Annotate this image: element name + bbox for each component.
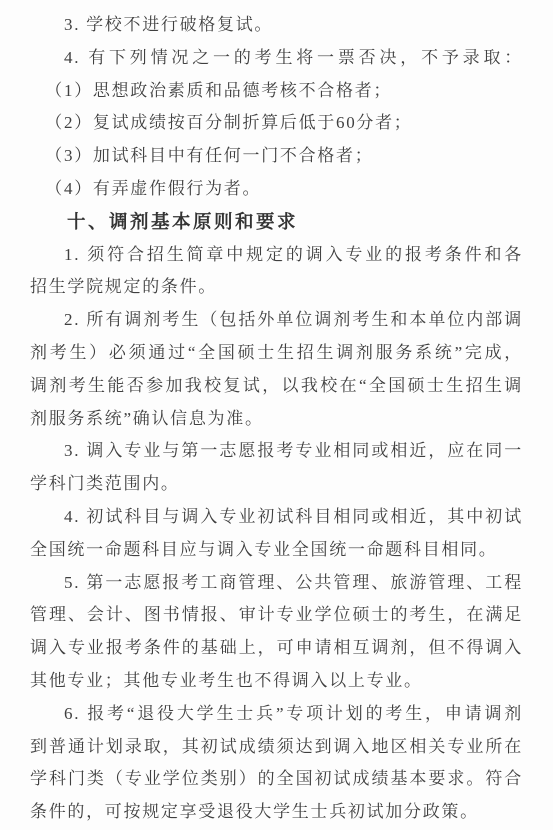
text-line: 3. 调入专业与第一志愿报考专业相同或相近，应在同一 [30, 435, 523, 468]
text-line: （2）复试成绩按百分制折算后低于60分者； [30, 107, 523, 140]
text-line: （1）思想政治素质和品德考核不合格者； [30, 75, 523, 108]
text-line: 条件的，可按规定享受退役大学生士兵初试加分政策。 [30, 796, 523, 829]
text-line: 4. 有下列情况之一的考生将一票否决，不予录取： [30, 42, 523, 75]
text-line: 调剂考生能否参加我校复试，以我校在“全国硕士生招生调 [30, 370, 523, 403]
section-heading: 十、调剂基本原则和要求 [30, 206, 523, 239]
text-line: 招生学院规定的条件。 [30, 271, 523, 304]
text-line: 管理、会计、图书情报、审计专业学位硕士的考生，在满足 [30, 599, 523, 632]
text-line: （3）加试科目中有任何一门不合格者； [30, 140, 523, 173]
text-line: 6. 报考“退役大学生士兵”专项计划的考生，申请调剂 [30, 698, 523, 731]
text-line: 到普通计划录取，其初试成绩须达到调入地区相关专业所在 [30, 731, 523, 764]
text-line: 2. 所有调剂考生（包括外单位调剂考生和本单位内部调 [30, 304, 523, 337]
text-line: 5. 第一志愿报考工商管理、公共管理、旅游管理、工程 [30, 567, 523, 600]
text-line: 剂服务系统”确认信息为准。 [30, 403, 523, 436]
text-line: 1. 须符合招生简章中规定的调入专业的报考条件和各 [30, 239, 523, 272]
text-line: 其他专业；其他专业考生也不得调入以上专业。 [30, 665, 523, 698]
document-page: 3. 学校不进行破格复试。 4. 有下列情况之一的考生将一票否决，不予录取： （… [0, 0, 553, 830]
text-line: 学科门类范围内。 [30, 468, 523, 501]
text-line: 3. 学校不进行破格复试。 [30, 9, 523, 42]
text-line: 学科门类（专业学位类别）的全国初试成绩基本要求。符合 [30, 763, 523, 796]
text-line: 4. 初试科目与调入专业初试科目相同或相近，其中初试 [30, 501, 523, 534]
text-line: （4）有弄虚作假行为者。 [30, 173, 523, 206]
text-line: 调入专业报考条件的基础上，可申请相互调剂，但不得调入 [30, 632, 523, 665]
text-line: 剂考生）必须通过“全国硕士生招生调剂服务系统”完成， [30, 337, 523, 370]
text-line: 全国统一命题科目应与调入专业全国统一命题科目相同。 [30, 534, 523, 567]
